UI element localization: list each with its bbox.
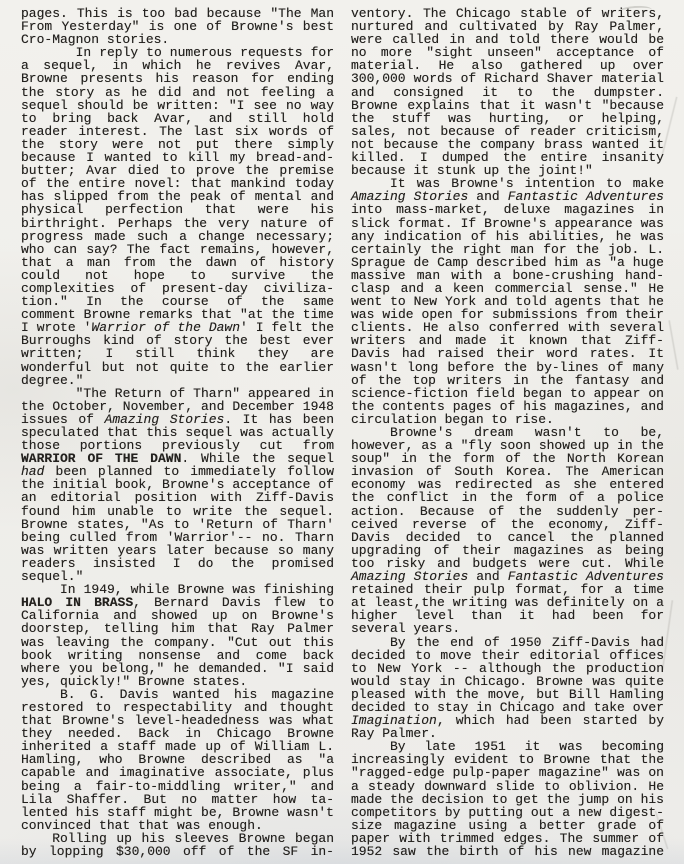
text-column-right: ventory. The Chicago stable of writers,n… (351, 7, 664, 858)
text-column-left: pages. This is too bad because "The ManF… (21, 7, 334, 858)
text-line: 1952 saw the birth of his new magazine (351, 845, 664, 858)
scanned-page: pages. This is too bad because "The ManF… (0, 0, 684, 864)
text-line: by lopping $30,000 off of the SF in- (21, 845, 334, 858)
paper-crease (668, 320, 680, 370)
